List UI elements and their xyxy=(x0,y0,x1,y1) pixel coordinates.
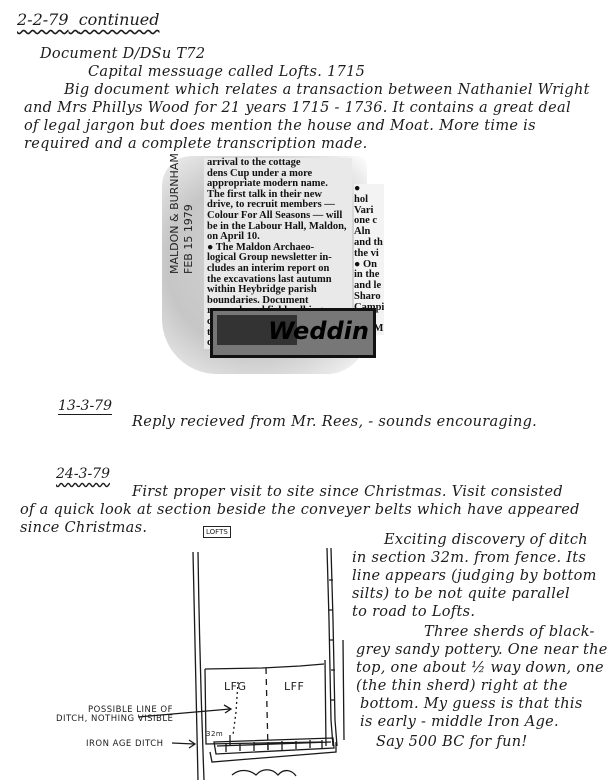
clip-line: arrival to the cottage xyxy=(207,158,349,169)
clip-line: Colour For All Seasons — will xyxy=(207,211,349,222)
note-line: Exciting discovery of ditch xyxy=(384,532,588,548)
measure-label: 32m xyxy=(206,730,223,738)
date-suffix: continued xyxy=(79,10,160,29)
annotation-iron-age-ditch: IRON AGE DITCH xyxy=(86,739,164,749)
entry-line: of legal jargon but does mention the hou… xyxy=(24,118,536,134)
note-line: Say 500 BC for fun! xyxy=(376,734,528,750)
date-text: 2-2-79 xyxy=(17,10,69,29)
entry-date: 24-3-79 xyxy=(56,466,110,482)
clipping-headline: Weddin xyxy=(268,317,369,345)
note-line: line appears (judging by bottom xyxy=(352,568,597,584)
entry-line: Reply recieved from Mr. Rees, - sounds e… xyxy=(132,414,537,430)
annotation-possible-ditch-2: DITCH, NOTHING VISIBLE xyxy=(56,714,173,724)
field-label-lff: LFF xyxy=(284,680,304,693)
clip-line: the vi xyxy=(354,249,384,260)
clipping-headline-box: Weddin xyxy=(210,308,376,358)
stamp-line: FEB 15 1979 xyxy=(182,153,196,274)
entry-line: of a quick look at section beside the co… xyxy=(20,502,580,518)
clip-line: cludes an interim report on xyxy=(207,264,349,275)
stamp-line: MALDON & BURNHAM xyxy=(168,153,182,274)
note-line: to road to Lofts. xyxy=(352,604,475,620)
field-label-lfg: LFG xyxy=(224,680,246,693)
document-heading: Document D/DSu T72 xyxy=(40,46,205,62)
entry-line: Capital messuage called Lofts. 1715 xyxy=(88,64,365,80)
note-line: (the thin sherd) right at the xyxy=(356,678,568,694)
site-sketch-map xyxy=(0,520,360,780)
entry-date: 2-2-79 continued xyxy=(17,10,159,29)
entry-line: required and a complete transcription ma… xyxy=(24,136,367,152)
newspaper-clipping: MALDON & BURNHAM FEB 15 1979 arrival to … xyxy=(162,156,367,374)
note-line: in section 32m. from fence. Its xyxy=(352,550,586,566)
entry-line: and Mrs Phillys Wood for 21 years 1715 -… xyxy=(24,100,571,116)
note-line: grey sandy pottery. One near the xyxy=(356,642,608,658)
note-line: bottom. My guess is that this xyxy=(360,696,583,712)
note-line: top, one about ½ way down, one xyxy=(356,660,604,676)
note-line: silts) to be not quite parallel xyxy=(352,586,570,602)
clip-line: hol xyxy=(354,195,384,206)
entry-date: 13-3-79 xyxy=(58,398,112,414)
clipping-stamp: MALDON & BURNHAM FEB 15 1979 xyxy=(168,153,196,274)
entry-line: First proper visit to site since Christm… xyxy=(132,484,563,500)
note-line: Three sherds of black- xyxy=(424,624,595,640)
note-line: is early - middle Iron Age. xyxy=(360,714,559,730)
entry-line: Big document which relates a transaction… xyxy=(64,82,590,98)
